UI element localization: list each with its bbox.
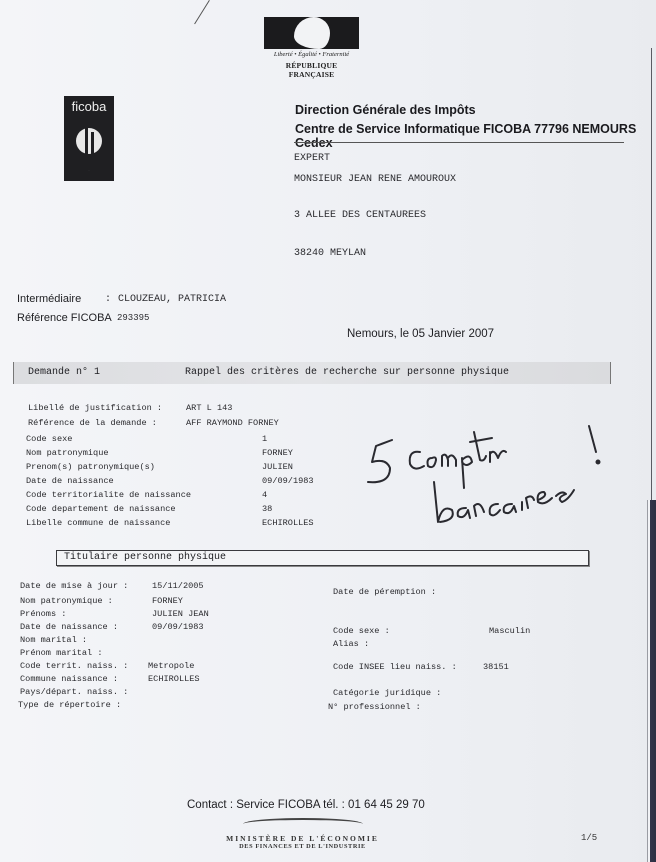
demande-header-box: Demande n° 1 Rappel des critères de rech… <box>13 362 611 384</box>
contact-line: Contact : Service FICOBA tél. : 01 64 45… <box>187 799 425 811</box>
titulaire-label: Date de mise à jour : <box>20 581 128 591</box>
titulaire-label: Type de répertoire : <box>18 700 121 710</box>
scan-artifact-line <box>194 0 210 24</box>
titulaire-header-box: Titulaire personne physique <box>56 550 589 566</box>
justification-label: Libellé de justification : <box>28 403 162 413</box>
recipient-city: 38240 MEYLAN <box>294 248 366 259</box>
criteria-value: ECHIROLLES <box>262 518 314 528</box>
intermediary-label: Intermédiaire <box>17 293 81 305</box>
titulaire-label: Catégorie juridique : <box>333 688 441 698</box>
intermediary-value: CLOUZEAU, PATRICIA <box>118 294 226 305</box>
page-number: 1/5 <box>581 833 597 843</box>
criteria-label: Prenom(s) patronymique(s) <box>26 462 155 472</box>
criteria-value: JULIEN <box>262 462 293 472</box>
ficoba-mark-icon <box>76 128 102 154</box>
titulaire-value: Metropole <box>148 661 194 671</box>
demande-reference-value: AFF RAYMOND FORNEY <box>186 418 279 428</box>
titulaire-label: Code territ. naiss. : <box>20 661 128 671</box>
ministry-line-1: MINISTÈRE DE L'ÉCONOMIE <box>225 834 380 843</box>
demande-title: Rappel des critères de recherche sur per… <box>185 367 509 378</box>
recipient-street: 3 ALLEE DES CENTAUREES <box>294 210 426 221</box>
criteria-value: 4 <box>262 490 267 500</box>
republique-francaise-logo: Liberté • Égalité • Fraternité RÉPUBLIQU… <box>264 17 359 75</box>
criteria-label: Libelle commune de naissance <box>26 518 170 528</box>
titulaire-value: 15/11/2005 <box>152 581 204 591</box>
republic-motto: Liberté • Égalité • Fraternité <box>264 51 359 58</box>
ficoba-logo: ficoba · <box>64 96 114 181</box>
titulaire-value: FORNEY <box>152 596 183 606</box>
titulaire-label: Prénoms : <box>20 609 66 619</box>
criteria-label: Date de naissance <box>26 476 114 486</box>
titulaire-label: Code sexe : <box>333 626 390 636</box>
titulaire-label: N° professionnel : <box>328 702 421 712</box>
criteria-value: FORNEY <box>262 448 293 458</box>
titulaire-label: Commune naissance : <box>20 674 118 684</box>
criteria-value: 1 <box>262 434 267 444</box>
titulaire-label: Pays/départ. naiss. : <box>20 687 128 697</box>
titulaire-label: Prénom marital : <box>20 648 103 658</box>
criteria-label: Code departement de naissance <box>26 504 176 514</box>
reference-label: Référence FICOBA <box>17 312 112 324</box>
criteria-label: Code territorialite de naissance <box>26 490 191 500</box>
ficoba-logo-text: ficoba <box>64 99 114 114</box>
demande-reference-label: Référence de la demande : <box>28 418 157 428</box>
recipient-title: EXPERT <box>294 153 330 164</box>
organization-line-2: Centre de Service Informatique FICOBA 77… <box>295 122 656 150</box>
titulaire-value: 09/09/1983 <box>152 622 204 632</box>
titulaire-value: ECHIROLLES <box>148 674 200 684</box>
titulaire-value: JULIEN JEAN <box>152 609 209 619</box>
ministry-arc-icon <box>243 818 363 830</box>
criteria-value: 09/09/1983 <box>262 476 314 486</box>
handwritten-annotation <box>362 412 612 532</box>
letter-date: Nemours, le 05 Janvier 2007 <box>347 328 494 340</box>
demande-number: Demande n° 1 <box>28 367 100 378</box>
marianne-emblem-icon <box>264 17 359 49</box>
criteria-label: Nom patronymique <box>26 448 109 458</box>
scanned-letter-page: Liberté • Égalité • Fraternité RÉPUBLIQU… <box>0 0 656 862</box>
titulaire-value: 38151 <box>483 662 509 672</box>
titulaire-label: Date de naissance : <box>20 622 118 632</box>
organization-line-1: Direction Générale des Impôts <box>295 103 476 117</box>
header-divider <box>294 142 624 143</box>
scanner-edge-shadow <box>647 500 656 862</box>
intermediary-separator: : <box>105 294 111 305</box>
justification-value: ART L 143 <box>186 403 232 413</box>
titulaire-label: Alias : <box>333 639 369 649</box>
recipient-name: MONSIEUR JEAN RENE AMOUROUX <box>294 174 456 185</box>
titulaire-value: Masculin <box>489 626 530 636</box>
republic-name: RÉPUBLIQUE FRANÇAISE <box>264 61 359 79</box>
titulaire-label: Code INSEE lieu naiss. : <box>333 662 457 672</box>
criteria-label: Code sexe <box>26 434 72 444</box>
ministry-line-2: DES FINANCES ET DE L'INDUSTRIE <box>225 843 380 850</box>
titulaire-label: Date de péremption : <box>333 587 436 597</box>
titulaire-title: Titulaire personne physique <box>64 552 226 563</box>
reference-value: 293395 <box>117 313 149 323</box>
criteria-value: 38 <box>262 504 272 514</box>
titulaire-label: Nom patronymique : <box>20 596 113 606</box>
ministry-logo: MINISTÈRE DE L'ÉCONOMIE DES FINANCES ET … <box>225 816 380 856</box>
titulaire-label: Nom marital : <box>20 635 87 645</box>
